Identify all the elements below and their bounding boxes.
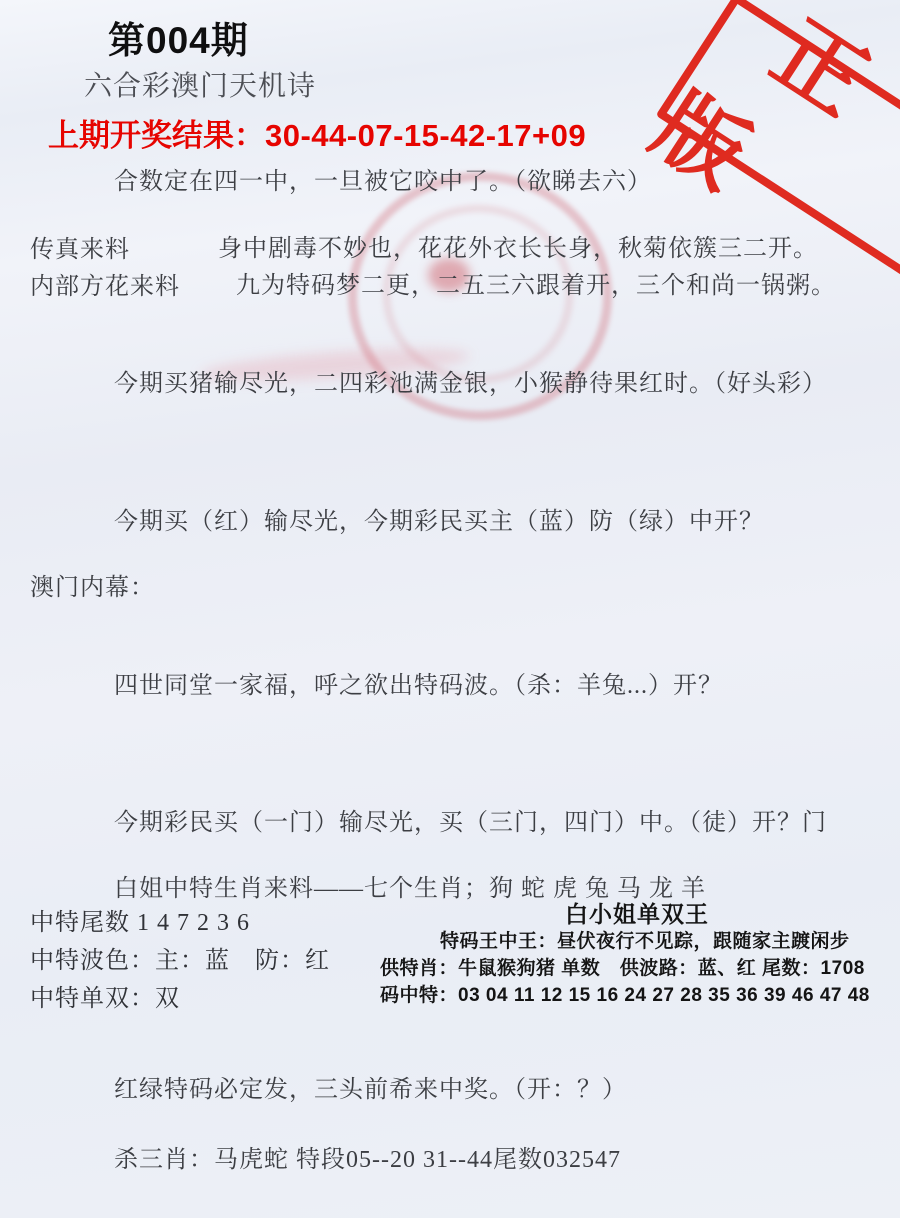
poem-line-gate: 今期彩民买（一门）输尽光，买（三门，四门）中。（徒）开？门 (114, 802, 827, 837)
supply-zodiac-line: 供特肖：牛鼠猴狗猪 单数 供波路：蓝、红 尾数：1708 (380, 953, 865, 980)
fax-source-label: 传真来料 (30, 229, 130, 264)
last-draw-result: 上期开奖结果：30-44-07-15-42-17+09 (48, 110, 586, 155)
fax-poem-line: 身中剧毒不妙也，花花外衣长长身，秋菊依簇三二开。 (218, 228, 818, 263)
sheet-subtitle: 六合彩澳门天机诗 (84, 64, 316, 104)
internal-source-label: 内部方花来料 (30, 266, 180, 301)
period-title: 第004期 (108, 10, 249, 64)
internal-poem-line: 九为特码梦二更，二五三六跟着开，三个和尚一锅粥。 (236, 265, 836, 300)
stat-odd-even: 中特单双：双 (30, 978, 180, 1013)
poem-line-family: 四世同堂一家福，呼之欲出特码波。（杀：羊兔...）开？ (114, 665, 723, 700)
last-draw-result-label: 上期开奖结果： (48, 118, 265, 153)
poem-line-sum: 合数定在四一中，一旦被它咬中了。（欲睇去六） (114, 161, 652, 196)
macau-insider-label: 澳门内幕： (30, 567, 155, 602)
code-hits-line: 码中特：03 04 11 12 15 16 24 27 28 35 36 39 … (380, 980, 870, 1007)
stat-wave-color: 中特波色：主：蓝 防：红 (30, 940, 330, 975)
last-draw-result-numbers: 30-44-07-15-42-17+09 (265, 118, 586, 153)
poem-line-color: 今期买（红）输尽光，今期彩民买主（蓝）防（绿）中开？ (114, 501, 764, 536)
stat-tail-numbers: 中特尾数 1 4 7 2 3 6 (30, 902, 250, 937)
poem-line-redgreen: 红绿特码必定发，三头前希来中奖。（开：？） (114, 1069, 627, 1104)
poem-line-pig: 今期买猪输尽光，二四彩池满金银，小猴静待果红时。（好头彩） (114, 363, 827, 398)
kill-three-zodiac-line: 杀三肖：马虎蛇 特段05--20 31--44尾数032547 (114, 1139, 621, 1174)
lottery-tip-sheet: 第004期 六合彩澳门天机诗 上期开奖结果：30-44-07-15-42-17+… (0, 0, 900, 1218)
white-lady-title: 白小姐单双王 (565, 896, 709, 929)
special-code-king-line: 特码王中王：昼伏夜行不见踪，跟随家主踱闲步 (440, 926, 850, 953)
